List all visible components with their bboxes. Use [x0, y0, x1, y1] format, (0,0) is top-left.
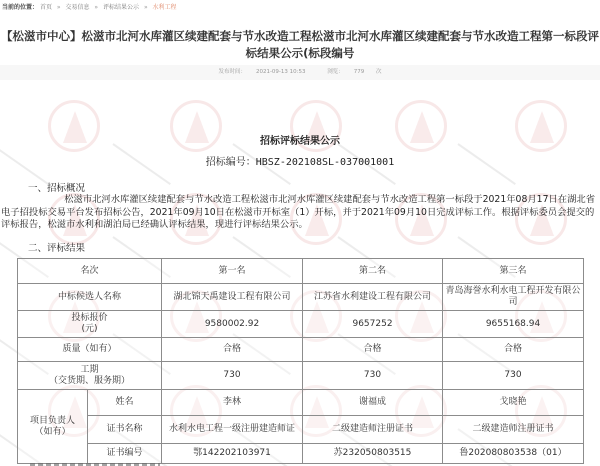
- cert-name-3: 二级建造师注册证书: [443, 416, 584, 444]
- tender-code-label: 招标编号：: [206, 157, 256, 168]
- manager-label-text: 项目负责人: [20, 416, 85, 427]
- table-row-price: 投标报价 (元) 9580002.92 9657252 9655168.94: [18, 311, 584, 338]
- manager-label: 项目负责人 （如有）: [18, 390, 88, 464]
- breadcrumb-trade-info-link[interactable]: 交易信息: [65, 4, 89, 11]
- candidate-1: 湖北锦天禹建设工程有限公司: [162, 284, 303, 311]
- cert-no-1: 鄂142202103971: [162, 444, 303, 464]
- duration-label-sub: （交货期、服务期）: [20, 376, 159, 387]
- breadcrumb-separator: »: [94, 4, 98, 11]
- table-row-cert-no: 证书编号 鄂142202103971 苏232050803515 鲁202080…: [18, 444, 584, 464]
- section-overview-text: 松滋市北河水库灌区续建配套与节水改造工程松滋市北河水库灌区续建配套与节水改造工程…: [1, 194, 599, 232]
- rank-header: 名次: [18, 259, 162, 284]
- quality-label: 质量（如有）: [18, 338, 162, 362]
- candidate-2: 江苏省水利建设工程有限公司: [303, 284, 443, 311]
- tender-code: 招标编号：HBSZ-202108SL-037001001: [0, 153, 600, 168]
- breadcrumb: 当前的位置： 首页 » 交易信息 » 评标结果公示 » 水利工程: [2, 2, 177, 11]
- breadcrumb-home-link[interactable]: 首页: [40, 4, 52, 11]
- rank-3-header: 第三名: [443, 259, 584, 284]
- evaluation-result-table: 名次 第一名 第二名 第三名 中标候选人名称 湖北锦天禹建设工程有限公司 江苏省…: [17, 258, 584, 464]
- rank-2-header: 第二名: [303, 259, 443, 284]
- cert-name-1: 水利水电工程一级注册建造师证: [162, 416, 303, 444]
- view-count-unit: 次: [376, 69, 382, 75]
- view-count-label: 浏览：: [327, 69, 344, 75]
- document-heading: 招标评标结果公示: [0, 132, 600, 147]
- view-count-value: 779: [354, 69, 365, 75]
- breadcrumb-result-notice-link[interactable]: 评标结果公示: [103, 4, 139, 11]
- publish-time-value: 2021-09-13 10:53: [256, 69, 306, 75]
- table-row-manager-name: 项目负责人 （如有） 姓名 李林 谢福成 戈晓艳: [18, 390, 584, 416]
- breadcrumb-separator: »: [57, 4, 61, 11]
- rank-1-header: 第一名: [162, 259, 303, 284]
- duration-label-text: 工期: [20, 365, 159, 376]
- section-results-title: 二、评标结果: [28, 240, 85, 254]
- view-count: 浏览：779 次: [322, 69, 386, 75]
- duration-2: 730: [303, 362, 443, 390]
- manager-label-sub: （如有）: [20, 427, 85, 438]
- cert-no-3: 鲁202080803538（01）: [443, 444, 584, 464]
- candidate-label: 中标候选人名称: [18, 284, 162, 311]
- manager-name-label: 姓名: [88, 390, 162, 416]
- candidate-3: 青岛海誉水利水电工程开发有限公司: [443, 284, 584, 311]
- duration-1: 730: [162, 362, 303, 390]
- article-title-line1: 【松滋市中心】松滋市北河水库灌区续建配套与节水改造工程松滋市北河水库灌区续建配套…: [0, 28, 600, 62]
- breadcrumb-label: 当前的位置：: [2, 4, 38, 11]
- publish-time: 发布时间：2021-09-13 10:53: [213, 69, 310, 75]
- publish-time-label: 发布时间：: [218, 69, 246, 75]
- price-3: 9655168.94: [443, 311, 584, 338]
- duration-3: 730: [443, 362, 584, 390]
- price-label-text: 投标报价: [20, 313, 159, 324]
- section-overview-title: 一、招标概况: [28, 180, 85, 194]
- manager-name-3: 戈晓艳: [443, 390, 584, 416]
- tender-code-value: HBSZ-202108SL-037001001: [256, 157, 394, 168]
- table-row-duration: 工期 （交货期、服务期） 730 730 730: [18, 362, 584, 390]
- price-1: 9580002.92: [162, 311, 303, 338]
- manager-name-1: 李林: [162, 390, 303, 416]
- manager-name-2: 谢福成: [303, 390, 443, 416]
- cert-no-label: 证书编号: [88, 444, 162, 464]
- breadcrumb-current-water-project[interactable]: 水利工程: [153, 4, 177, 11]
- breadcrumb-separator: »: [144, 4, 148, 11]
- article-meta-bar: 发布时间：2021-09-13 10:53 浏览：779 次: [0, 65, 600, 80]
- cert-no-2: 苏232050803515: [303, 444, 443, 464]
- quality-1: 合格: [162, 338, 303, 362]
- table-header-row: 名次 第一名 第二名 第三名: [18, 259, 584, 284]
- table-row-cert-name: 证书名称 水利水电工程一级注册建造师证 二级建造师注册证书 二级建造师注册证书: [18, 416, 584, 444]
- table-row-quality: 质量（如有） 合格 合格 合格: [18, 338, 584, 362]
- table-row-candidate: 中标候选人名称 湖北锦天禹建设工程有限公司 江苏省水利建设工程有限公司 青岛海誉…: [18, 284, 584, 311]
- price-label-unit: (元): [20, 324, 159, 335]
- price-2: 9657252: [303, 311, 443, 338]
- quality-3: 合格: [443, 338, 584, 362]
- duration-label: 工期 （交货期、服务期）: [18, 362, 162, 390]
- cert-name-label: 证书名称: [88, 416, 162, 444]
- price-label: 投标报价 (元): [18, 311, 162, 338]
- quality-2: 合格: [303, 338, 443, 362]
- cert-name-2: 二级建造师注册证书: [303, 416, 443, 444]
